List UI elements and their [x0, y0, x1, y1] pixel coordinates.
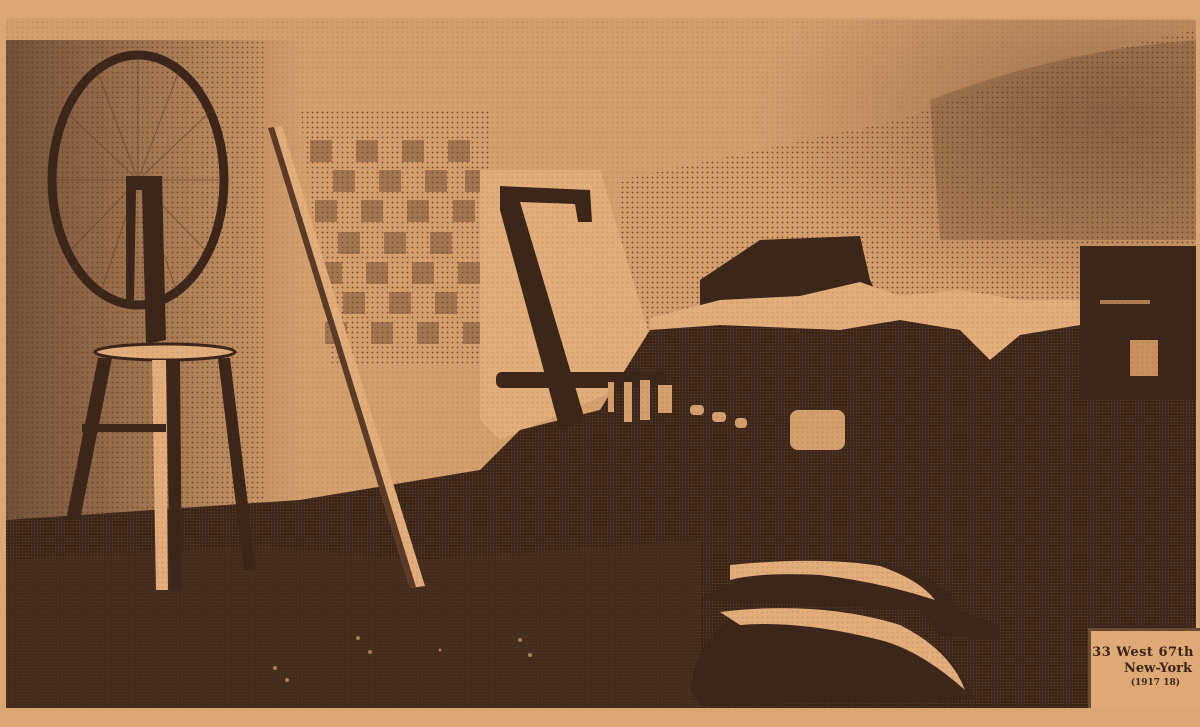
artwork-canvas [0, 0, 1200, 727]
caption-label: 33 West 67th New-York (1917 18) [1088, 628, 1200, 708]
caption-city: New-York [1091, 661, 1192, 677]
caption-date: (1917 18) [1091, 678, 1180, 689]
halftone-artwork: 33 West 67th New-York (1917 18) [0, 0, 1200, 727]
caption-address: 33 West 67th [1091, 645, 1194, 661]
